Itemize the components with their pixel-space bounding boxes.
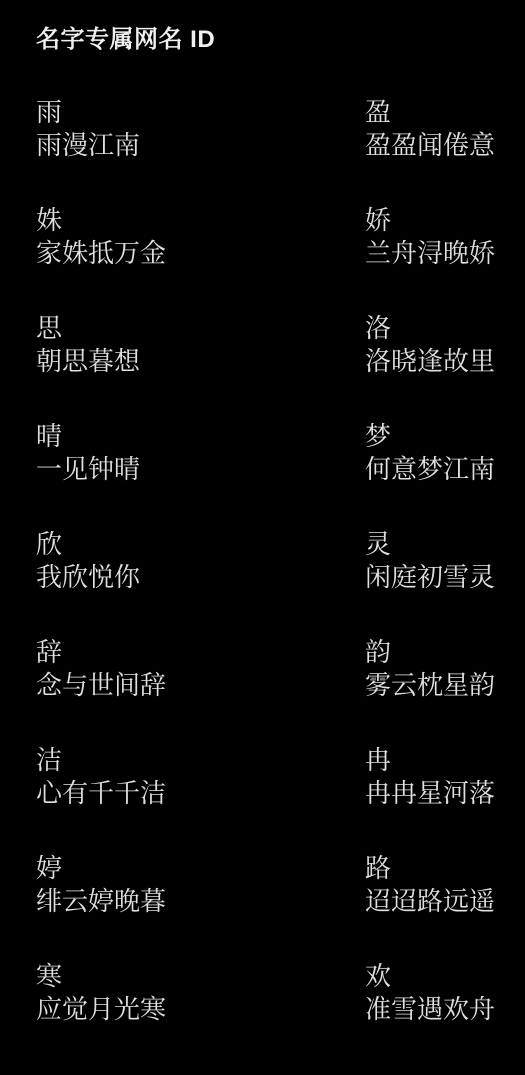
entry-name: 洛晓逢故里 (365, 345, 505, 378)
entry-row: 欣 我欣悦你 灵 闲庭初雪灵 (36, 528, 505, 594)
entry-keyword: 洁 (36, 744, 365, 777)
entry: 路 迢迢路远遥 (365, 852, 505, 918)
entry-keyword: 晴 (36, 420, 365, 453)
entry-keyword: 欢 (365, 960, 505, 993)
entry-row: 婷 绯云婷晚暮 路 迢迢路远遥 (36, 852, 505, 918)
entry-keyword: 盈 (365, 96, 505, 129)
entry-row: 晴 一见钟晴 梦 何意梦江南 (36, 420, 505, 486)
entry: 婷 绯云婷晚暮 (36, 852, 365, 918)
entry-name: 准雪遇欢舟 (365, 993, 505, 1026)
entry: 欢 准雪遇欢舟 (365, 960, 505, 1026)
entry: 姝 家姝抵万金 (36, 204, 365, 270)
entry-row: 寒 应觉月光寒 欢 准雪遇欢舟 (36, 960, 505, 1026)
entry-name: 闲庭初雪灵 (365, 561, 505, 594)
entry: 洁 心有千千洁 (36, 744, 365, 810)
entry-name: 雨漫江南 (36, 129, 365, 162)
entry-name: 我欣悦你 (36, 561, 365, 594)
entry-keyword: 辞 (36, 636, 365, 669)
entry-keyword: 姝 (36, 204, 365, 237)
entry-keyword: 思 (36, 312, 365, 345)
entry-name: 应觉月光寒 (36, 993, 365, 1026)
entry: 辞 念与世间辞 (36, 636, 365, 702)
entry-name: 盈盈闻倦意 (365, 129, 505, 162)
entry: 灵 闲庭初雪灵 (365, 528, 505, 594)
entry-keyword: 婷 (36, 852, 365, 885)
entry-row: 姝 家姝抵万金 娇 兰舟浔晚娇 (36, 204, 505, 270)
entry-keyword: 雨 (36, 96, 365, 129)
entry-keyword: 梦 (365, 420, 505, 453)
entry: 欣 我欣悦你 (36, 528, 365, 594)
entry-name: 家姝抵万金 (36, 237, 365, 270)
entry: 晴 一见钟晴 (36, 420, 365, 486)
entry-name: 朝思暮想 (36, 345, 365, 378)
entry: 洛 洛晓逢故里 (365, 312, 505, 378)
entry: 韵 雾云枕星韵 (365, 636, 505, 702)
entry-name: 绯云婷晚暮 (36, 885, 365, 918)
entry-keyword: 寒 (36, 960, 365, 993)
entry-keyword: 灵 (365, 528, 505, 561)
entry-name: 冉冉星河落 (365, 777, 505, 810)
entry: 思 朝思暮想 (36, 312, 365, 378)
entry-keyword: 欣 (36, 528, 365, 561)
entry-row: 辞 念与世间辞 韵 雾云枕星韵 (36, 636, 505, 702)
entry-name: 何意梦江南 (365, 453, 505, 486)
entry-list: 雨 雨漫江南 盈 盈盈闻倦意 姝 家姝抵万金 娇 兰舟浔晚娇 思 朝思暮想 (36, 96, 505, 1026)
entry-keyword: 冉 (365, 744, 505, 777)
entry-keyword: 路 (365, 852, 505, 885)
entry: 雨 雨漫江南 (36, 96, 365, 162)
entry-name: 念与世间辞 (36, 669, 365, 702)
entry: 梦 何意梦江南 (365, 420, 505, 486)
entry: 盈 盈盈闻倦意 (365, 96, 505, 162)
entry: 寒 应觉月光寒 (36, 960, 365, 1026)
entry-name: 兰舟浔晚娇 (365, 237, 505, 270)
page: 名字专属网名 ID 雨 雨漫江南 盈 盈盈闻倦意 姝 家姝抵万金 娇 兰舟浔晚娇 (0, 0, 525, 1075)
entry-keyword: 洛 (365, 312, 505, 345)
entry-name: 迢迢路远遥 (365, 885, 505, 918)
entry-row: 雨 雨漫江南 盈 盈盈闻倦意 (36, 96, 505, 162)
entry-row: 洁 心有千千洁 冉 冉冉星河落 (36, 744, 505, 810)
page-title: 名字专属网名 ID (36, 24, 505, 56)
entry: 娇 兰舟浔晚娇 (365, 204, 505, 270)
entry-name: 雾云枕星韵 (365, 669, 505, 702)
entry-keyword: 娇 (365, 204, 505, 237)
entry: 冉 冉冉星河落 (365, 744, 505, 810)
entry-keyword: 韵 (365, 636, 505, 669)
entry-row: 思 朝思暮想 洛 洛晓逢故里 (36, 312, 505, 378)
entry-name: 一见钟晴 (36, 453, 365, 486)
entry-name: 心有千千洁 (36, 777, 365, 810)
